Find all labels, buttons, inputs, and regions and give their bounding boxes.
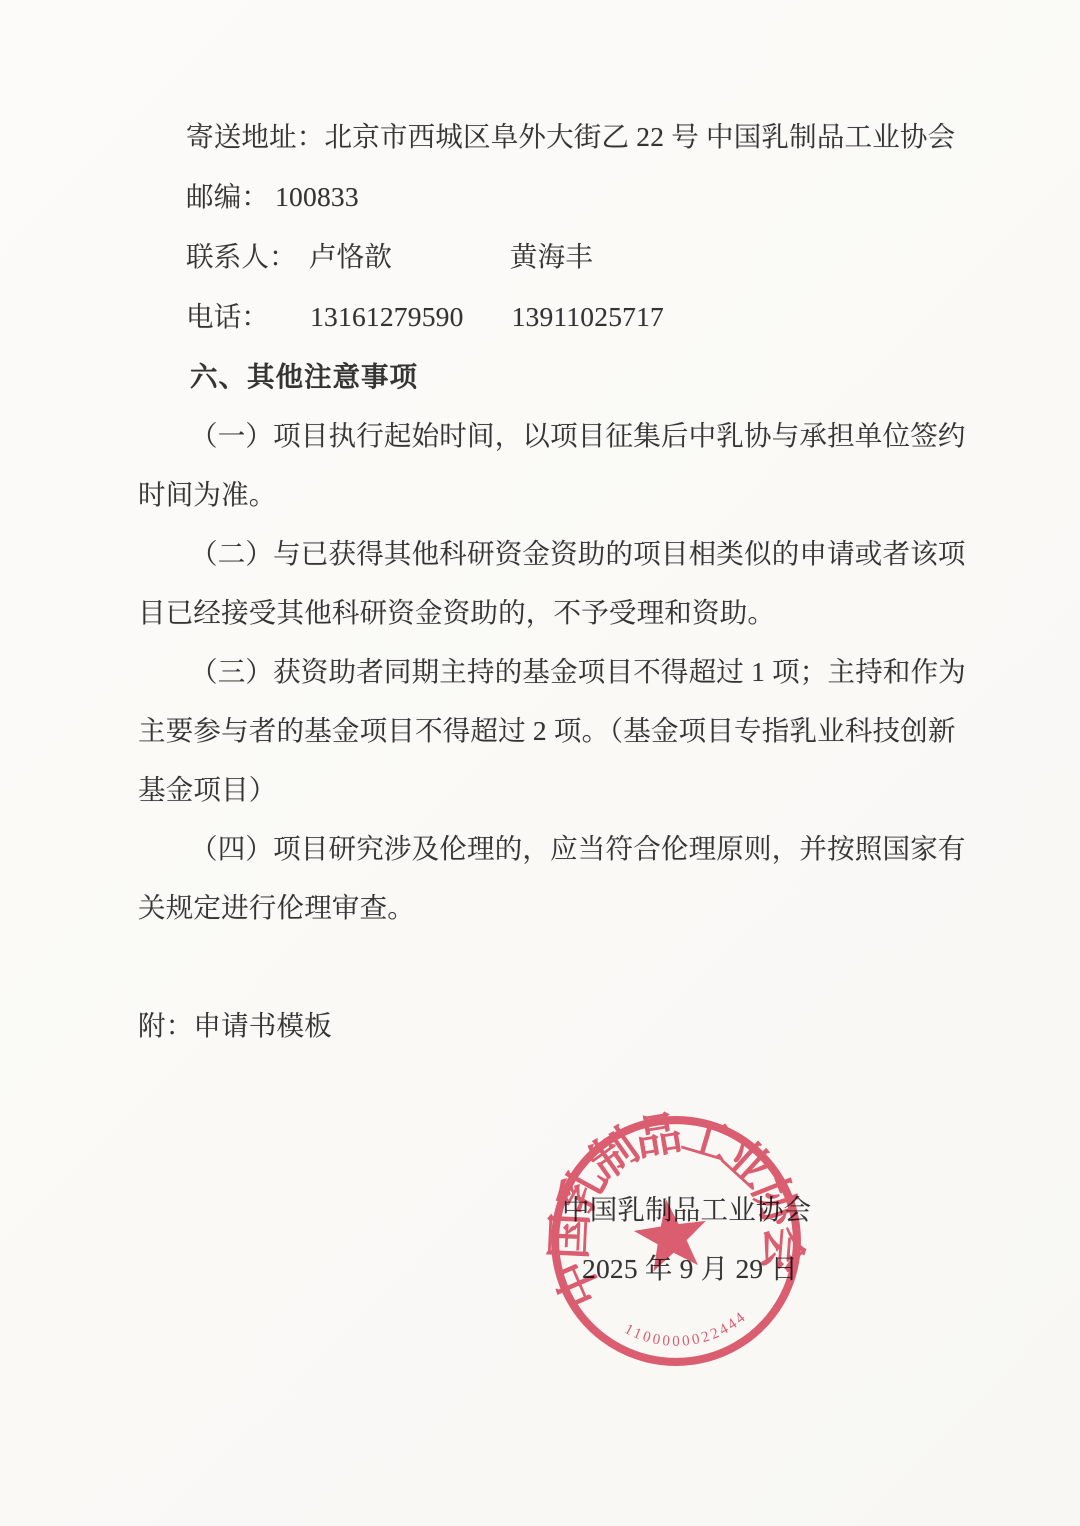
attachment-line: 附：申请书模板: [138, 996, 948, 1055]
phone-label: 电话：: [186, 301, 269, 332]
paragraph-3-line-3: 基金项目）: [138, 760, 948, 819]
contact-name-1: 卢恪歆: [309, 241, 392, 272]
postcode-line: 邮编：100833: [138, 167, 948, 227]
postcode-label: 邮编：: [186, 181, 269, 212]
red-seal-stamp-svg: 中国乳制品工业协会 1100000022444: [528, 1093, 824, 1389]
contact-name-2: 黄海丰: [510, 241, 593, 272]
phone-number-2: 13911025717: [512, 301, 664, 332]
stamp-arc-text-wrap: 中国乳制品工业协会: [528, 1093, 816, 1316]
document-page: 寄送地址：北京市西城区阜外大街乙 22 号 中国乳制品工业协会 邮编：10083…: [0, 0, 1080, 1526]
paragraph-2-line-1: （二）与已获得其他科研资金资助的项目相类似的申请或者该项: [138, 524, 948, 583]
phone-line: 电话：1316127959013911025717: [138, 287, 948, 347]
paragraph-3-line-2: 主要参与者的基金项目不得超过 2 项。（基金项目专指乳业科技创新: [138, 701, 948, 760]
red-seal-stamp: 中国乳制品工业协会 1100000022444: [528, 1093, 824, 1389]
paragraph-2-line-2: 目已经接受其他科研资金资助的，不予受理和资助。: [138, 583, 948, 642]
paragraph-4-line-2: 关规定进行伦理审查。: [138, 878, 948, 937]
postcode-value: 100833: [275, 181, 359, 212]
section-heading: 六、其他注意事项: [138, 347, 948, 406]
paragraph-1-line-2: 时间为准。: [138, 465, 948, 524]
phone-number-1: 13161279590: [310, 301, 463, 332]
paragraph-4-line-1: （四）项目研究涉及伦理的，应当符合伦理原则，并按照国家有: [138, 819, 948, 878]
stamp-arc-text: 中国乳制品工业协会: [528, 1093, 816, 1316]
paragraph-1-line-1: （一）项目执行起始时间，以项目征集后中乳协与承担单位签约: [138, 406, 948, 465]
stamp-star-icon: [630, 1195, 712, 1274]
document-content: 寄送地址：北京市西城区阜外大街乙 22 号 中国乳制品工业协会 邮编：10083…: [138, 107, 948, 1298]
contacts-label: 联系人：: [186, 241, 297, 272]
paragraph-3-line-1: （三）获资助者同期主持的基金项目不得超过 1 项；主持和作为: [138, 642, 948, 701]
mailing-address-line: 寄送地址：北京市西城区阜外大街乙 22 号 中国乳制品工业协会: [138, 107, 948, 167]
contacts-line: 联系人：卢恪歆黄海丰: [138, 227, 948, 287]
